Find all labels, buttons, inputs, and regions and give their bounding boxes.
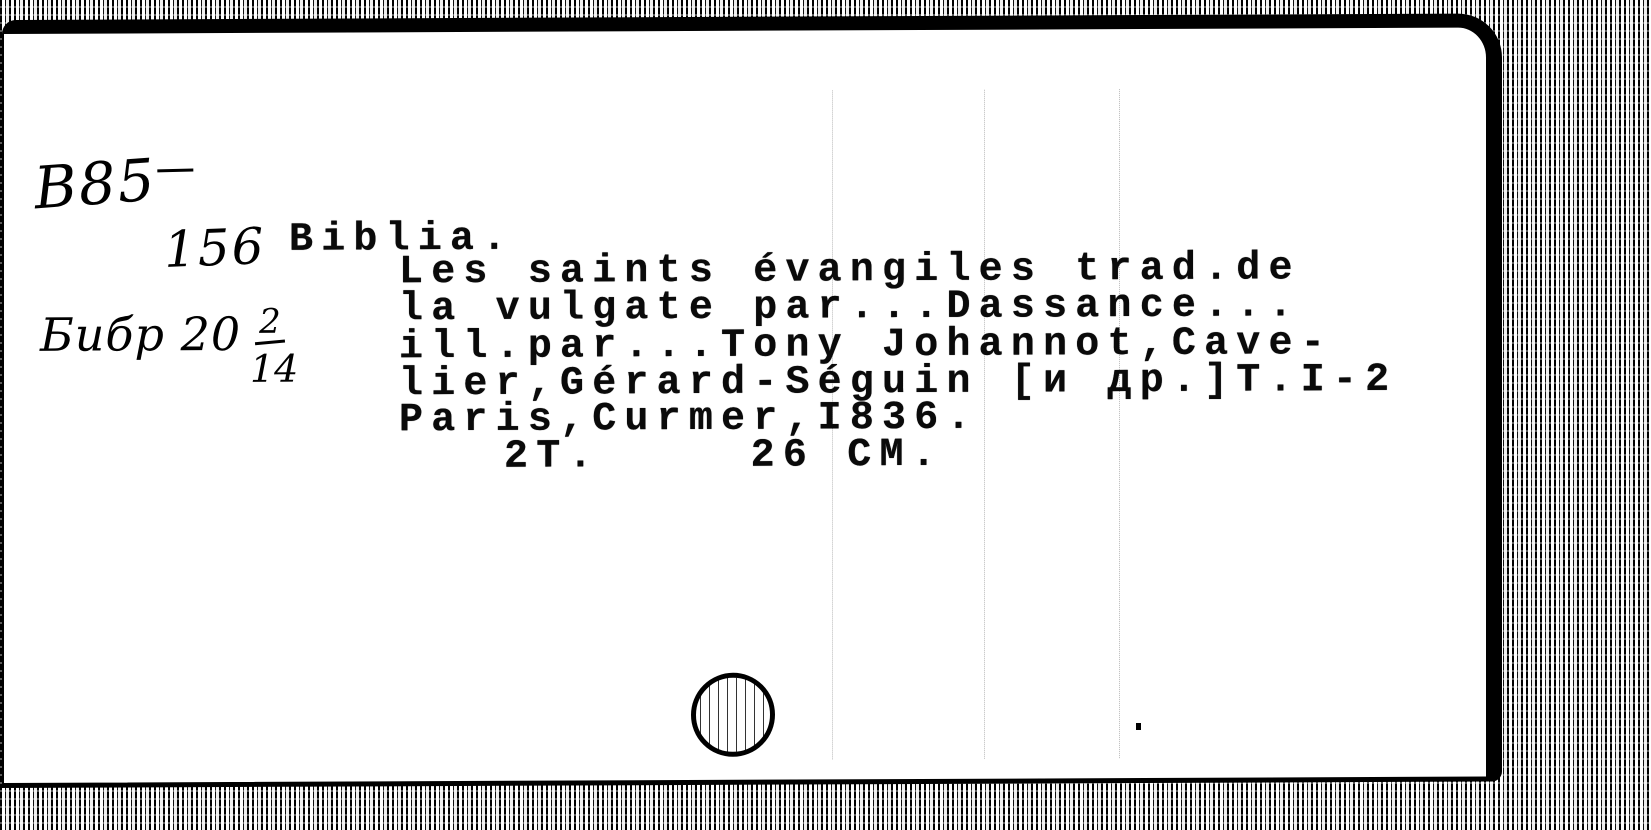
- handwritten-shelfmark: B85: [32, 148, 196, 218]
- fold-mark: [1119, 89, 1120, 758]
- catalog-card: B85 156 Бибр 20 2 14 Biblia. Les saints …: [2, 13, 1502, 788]
- handwritten-library-code: Бибр 20: [40, 311, 241, 358]
- ink-speck: [1136, 723, 1141, 730]
- handwritten-shelfmark-sub: 156: [163, 221, 266, 275]
- fold-mark: [984, 90, 985, 759]
- entry-extent-line: 2T.26 CM.: [504, 436, 944, 478]
- handwritten-fraction: 2 14: [250, 305, 290, 388]
- shelfmark-text: B85: [32, 145, 159, 222]
- extent-volumes: 2T.: [504, 434, 601, 479]
- fraction-denominator: 14: [250, 350, 290, 388]
- shelfmark-dash: [158, 169, 194, 173]
- punched-hole: [691, 673, 775, 757]
- extent-size: 26 CM.: [751, 433, 944, 479]
- fraction-numerator: 2: [250, 305, 290, 339]
